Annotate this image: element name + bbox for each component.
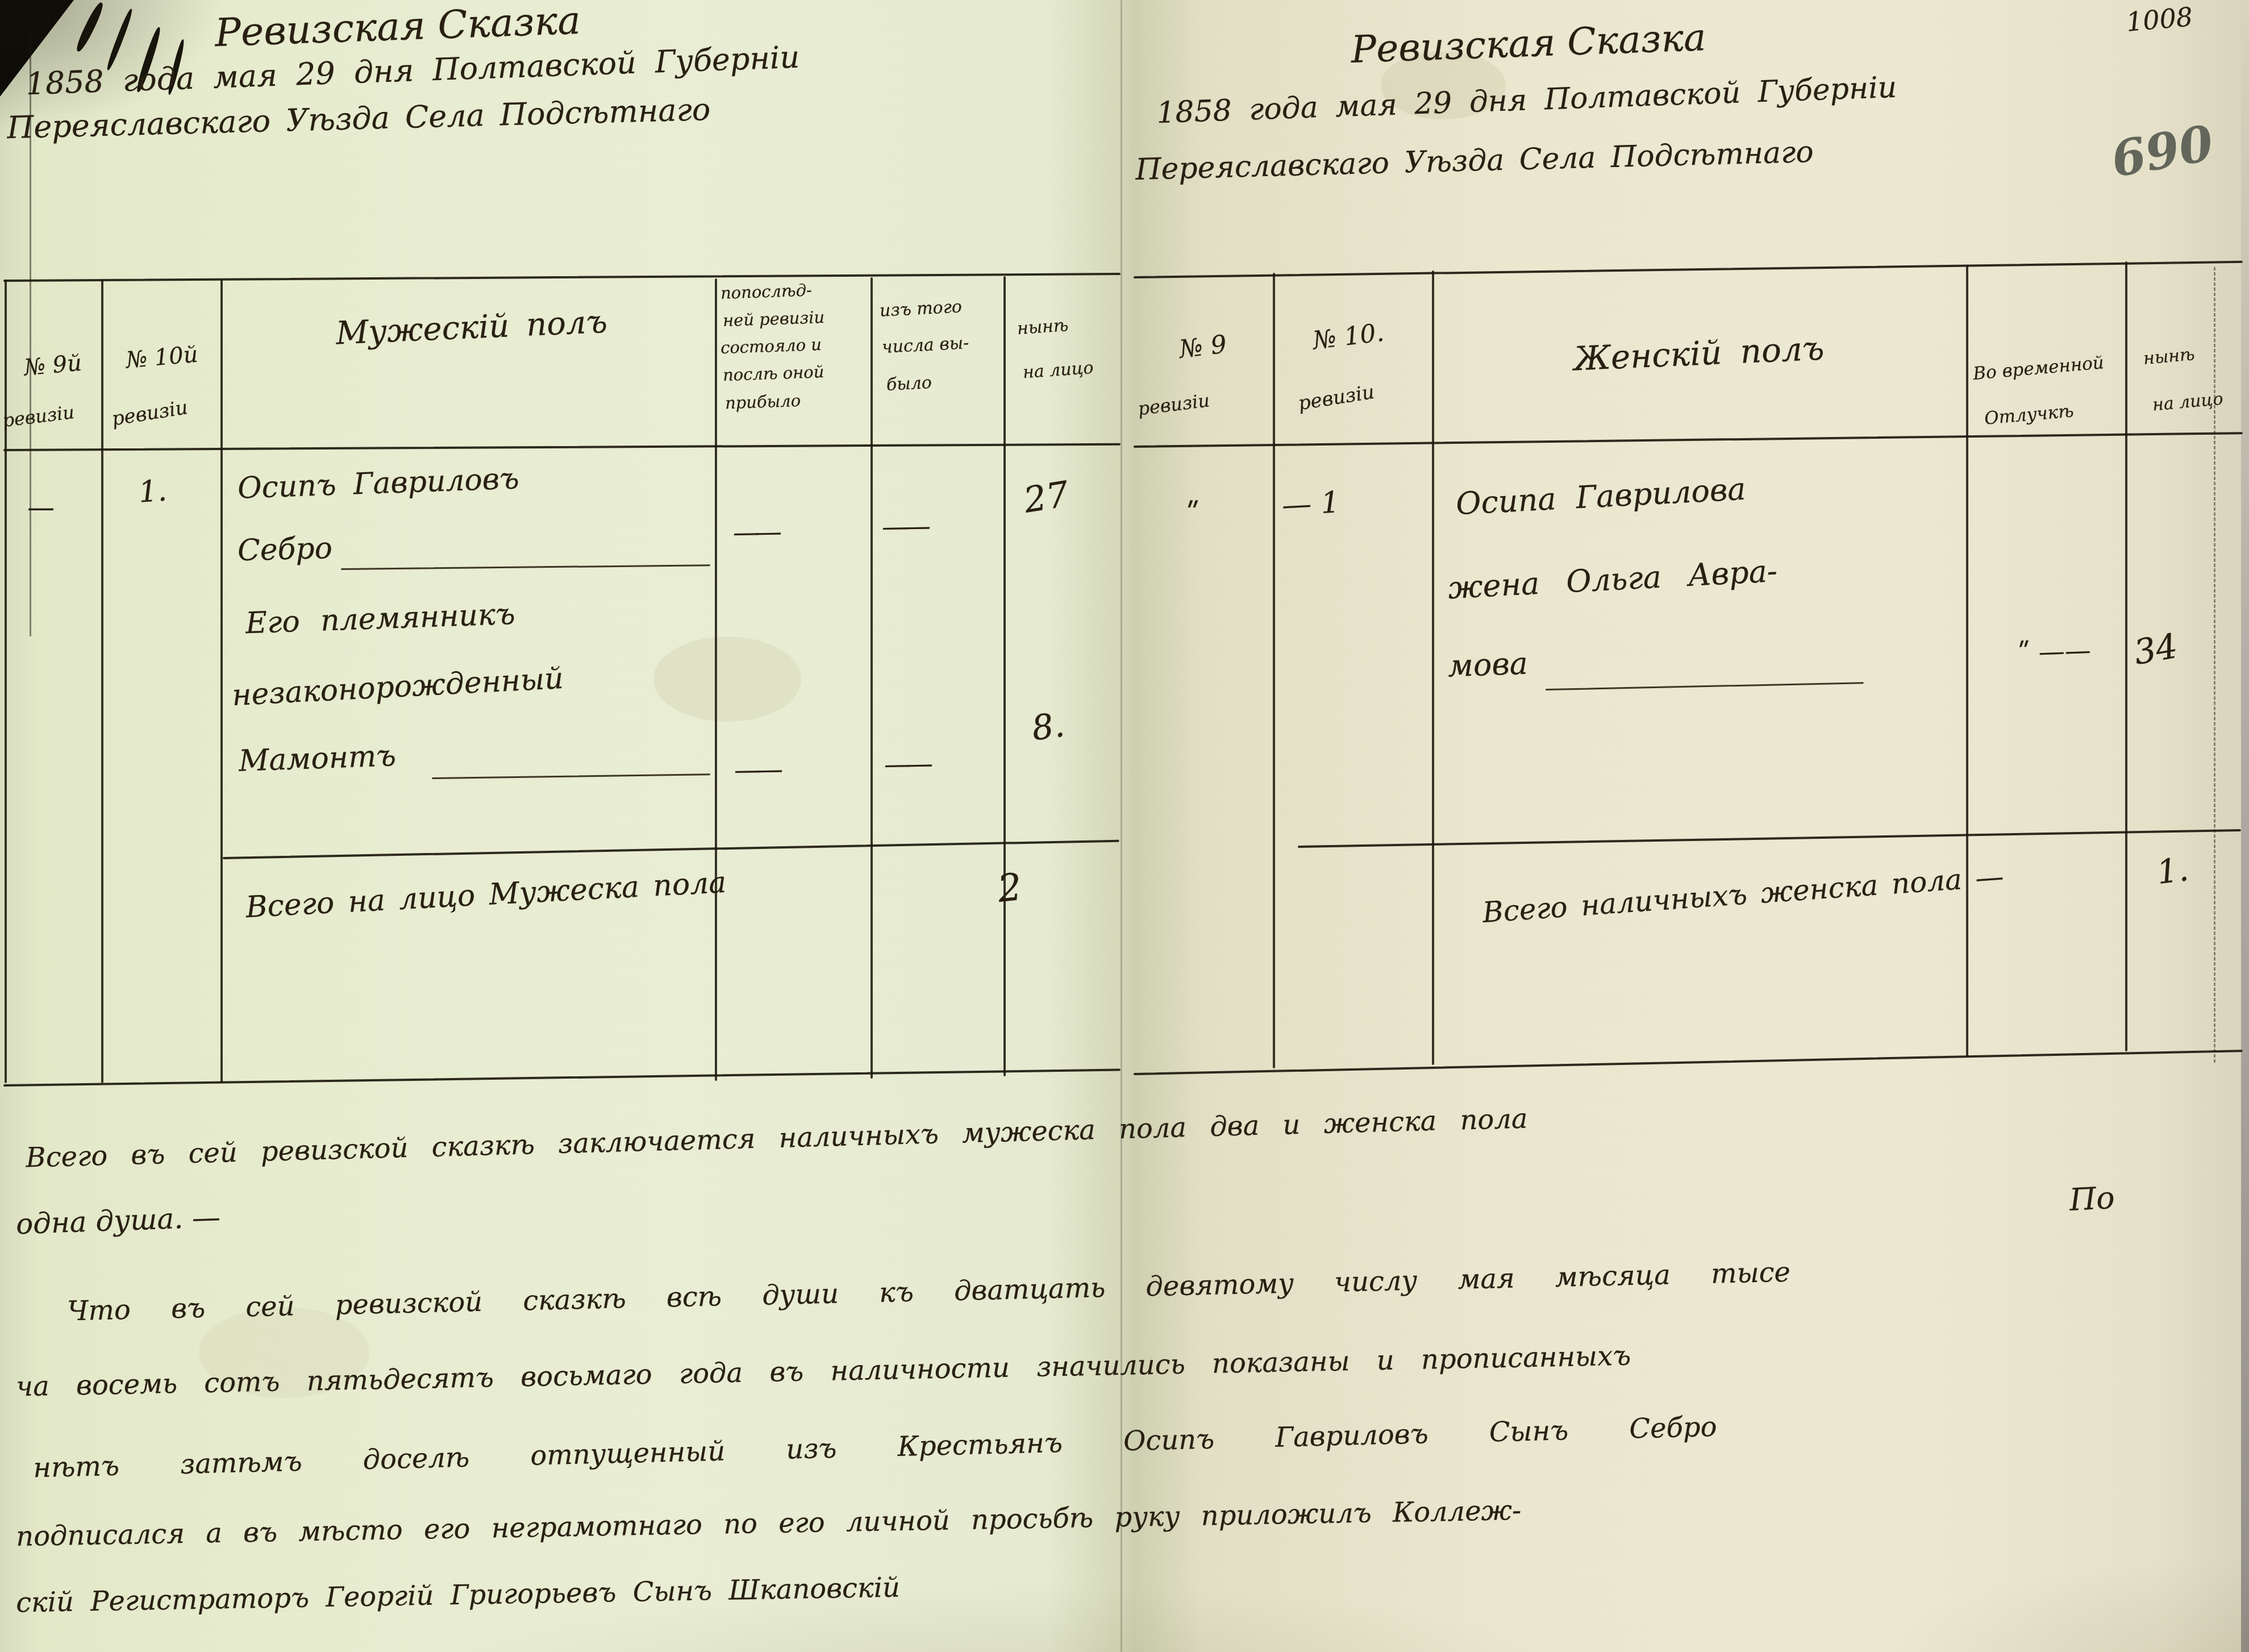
right-table-bottom-rule [1134, 1050, 2243, 1075]
right-table-vline [1273, 273, 1275, 1068]
right-page-place-line: Переяславскаго Уѣзда Села Подсѣтнаго [1135, 132, 2000, 185]
right-row1-name-line: Осипа Гаврилова [1455, 473, 1747, 521]
right-table-vline [1432, 271, 1434, 1065]
left-col-rev9-number: № 9й [9, 350, 96, 381]
footer-attestation-line: ча восемь сотъ пятьдесятъ восьмаго года … [16, 1342, 1631, 1401]
right-summary-label: Всего наличныхъ женска пола — [1481, 862, 2005, 928]
right-col-females-label: Женскій полъ [1477, 327, 1921, 381]
left-table-vline [715, 278, 717, 1081]
scan-vignette [0, 0, 2249, 1652]
right-col-absent-line: Отлучкѣ [1984, 402, 2075, 428]
left-table-vline [1003, 276, 1006, 1076]
right-col-rev9-label: ревизіи [1137, 387, 1247, 419]
left-col-present-line: нынѣ [1017, 317, 1069, 338]
right-table-summary-rule [1298, 829, 2241, 848]
left-row1-rev9-value: — [27, 493, 55, 522]
left-col-rev10-label: ревизіи [110, 393, 220, 430]
right-row1-rev9-value: ʺ [1186, 499, 1200, 529]
left-col-lastrev-line: прибыло [725, 392, 801, 412]
right-col-present-line: на лицо [2152, 390, 2224, 414]
scan-right-edge [2241, 0, 2249, 1652]
folio-pencil-number: 690 [2108, 118, 2217, 186]
left-col-rev10-number: № 10й [107, 341, 217, 374]
right-row1-rev10-value: — 1 [1281, 487, 1340, 521]
left-row2-name-line: Мамонтъ [238, 740, 397, 777]
left-summary-label: Всего на лицо Мужеска пола [245, 867, 727, 923]
fill-dash-line [1546, 682, 1864, 690]
footer-signature-line: скій Регистраторъ Георгій Григорьевъ Сын… [16, 1573, 901, 1617]
right-col-present-line: нынѣ [2143, 346, 2196, 368]
fill-dash-line [432, 773, 710, 779]
left-row1-name-line: Осипъ Гавриловъ [237, 463, 519, 504]
right-table-header-rule [1134, 432, 2243, 448]
right-table-top-rule [1134, 261, 2243, 278]
right-row1-absent-ditto: ʺ —— [2018, 636, 2091, 667]
corner-stamp-number: 1008 [2125, 3, 2194, 36]
left-table-summary-rule [223, 840, 1119, 859]
ink-smudge [74, 1, 106, 53]
paper-stain [653, 636, 801, 722]
footer-total-line: одна душа. — [15, 1202, 221, 1239]
left-col-lastrev-line: послѣ оной [723, 363, 824, 384]
left-row2-name-line: Его племянникъ [245, 599, 515, 639]
footer-total-line: Всего въ сей ревизской сказкѣ заключаетс… [26, 1104, 1528, 1172]
left-col-departed-line: числа вы- [881, 334, 969, 356]
left-col-departed-line: было [886, 374, 932, 394]
left-row1-departed-dash: —— [882, 512, 928, 540]
right-table-vline [2125, 261, 2127, 1051]
right-page-edge-dashed [2214, 267, 2215, 1063]
footer-attestation-line: Что въ сей ревизской сказкѣ всѣ души къ … [67, 1258, 1791, 1326]
right-page-title: Ревизская Сказка [1301, 16, 1756, 71]
right-col-rev9-number: № 9 [1153, 328, 1252, 367]
left-page-place-line: Переяславскаго Уѣзда Села Подсѣтнаго [6, 93, 757, 144]
left-page-title: Ревизская Сказка [181, 0, 614, 55]
left-col-lastrev-line: ней ревизіи [723, 309, 825, 330]
footer-attestation-line: подписался а въ мѣсто его неграмотнаго п… [16, 1496, 1522, 1551]
left-table-header-rule [3, 443, 1121, 451]
left-row2-lastrev-dash: —— [734, 755, 780, 784]
left-col-departed-line: изъ того [879, 298, 962, 320]
right-summary-value: 1. [2155, 852, 2190, 890]
left-summary-value: 2 [996, 867, 1023, 909]
right-col-absent-line: Во временной [1972, 353, 2105, 384]
right-col-rev10-label: ревизіи [1297, 377, 1412, 415]
left-table-bottom-rule [3, 1069, 1121, 1087]
left-table-vline [220, 280, 223, 1083]
left-col-rev9-label: ревизіи [2, 400, 100, 431]
left-col-lastrev-line: состояло и [720, 336, 822, 357]
left-row1-age: 27 [1021, 475, 1071, 519]
left-row2-name-line: незаконорожденный [231, 663, 564, 711]
right-table-vline [1966, 265, 1968, 1057]
footer-catchword: По [2069, 1182, 2115, 1217]
fill-dash-line [341, 564, 710, 570]
right-page-date-line: 1858 года мая 29 дня Полтавской Губерніи [1156, 67, 2043, 129]
left-row1-lastrev-dash: —— [733, 518, 779, 546]
left-col-present-line: на лицо [1022, 359, 1094, 382]
left-table-vline [101, 280, 103, 1083]
ink-smudge [105, 8, 134, 71]
left-row2-age: 8. [1030, 707, 1067, 747]
left-col-males-label: Мужескій полъ [266, 302, 677, 353]
left-table-vline [871, 277, 873, 1079]
left-table-vline [5, 280, 7, 1083]
right-row1-name-line: жена Ольга Авра- [1447, 555, 1778, 605]
left-row1-name-line: Себро [237, 533, 332, 567]
right-row1-age: 34 [2131, 629, 2180, 671]
center-fold-line [1121, 0, 1122, 1652]
left-row1-rev10-value: 1. [138, 475, 168, 508]
right-row1-name-line: мова [1447, 648, 1529, 683]
left-col-lastrev-line: попослѣд- [720, 281, 813, 302]
right-col-rev10-number: № 10. [1288, 317, 1409, 357]
left-row2-departed-dash: —— [884, 750, 930, 778]
footer-attestation-line: нѣтъ затѣмъ доселѣ отпущенный изъ Кресть… [33, 1413, 1717, 1483]
revision-list-document: Ревизская Сказка 1858 года мая 29 дня По… [0, 0, 2249, 1652]
left-table-top-rule [3, 273, 1121, 282]
